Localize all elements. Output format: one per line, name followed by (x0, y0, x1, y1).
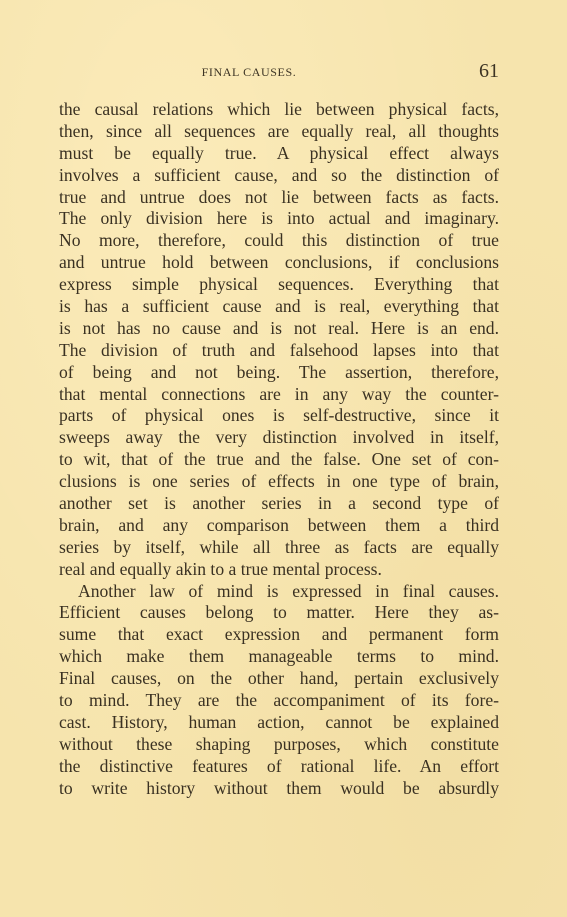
text-line: Efficient causes belong to matter. Here … (59, 602, 499, 624)
text-line: that mental connections are in any way t… (59, 384, 499, 406)
text-line: to mind. They are the accompaniment of i… (59, 690, 499, 712)
book-page: FINAL CAUSES. 61 the causal relations wh… (0, 0, 567, 917)
paragraph-1: the causal relations which lie between p… (59, 99, 499, 581)
running-head: FINAL CAUSES. 61 (59, 62, 499, 84)
text-line: series by itself, while all three as fac… (59, 537, 499, 559)
text-line: sume that exact expression and permanent… (59, 624, 499, 646)
text-line: the causal relations which lie between p… (59, 99, 499, 121)
text-line: brain, and any comparison between them a… (59, 515, 499, 537)
text-line: and untrue hold between conclusions, if … (59, 252, 499, 274)
text-line: cast. History, human action, cannot be e… (59, 712, 499, 734)
text-line: express simple physical sequences. Every… (59, 274, 499, 296)
text-line: to write history without them would be a… (59, 778, 499, 800)
text-line: The only division here is into actual an… (59, 208, 499, 230)
text-line: to wit, that of the true and the false. … (59, 449, 499, 471)
page-number: 61 (479, 60, 499, 83)
body-text: the causal relations which lie between p… (59, 99, 499, 800)
paragraph-2: Another law of mind is expressed in fina… (59, 581, 499, 800)
running-title: FINAL CAUSES. (59, 65, 499, 80)
text-line: is not has no cause and is not real. Her… (59, 318, 499, 340)
text-line: another set is another series in a secon… (59, 493, 499, 515)
text-line: No more, therefore, could this distincti… (59, 230, 499, 252)
text-line: clusions is one series of effects in one… (59, 471, 499, 493)
text-line: without these shaping purposes, which co… (59, 734, 499, 756)
text-line: of being and not being. The assertion, t… (59, 362, 499, 384)
text-line-indented: Another law of mind is expressed in fina… (59, 581, 499, 603)
chapter-title: FINAL CAUSES. (202, 65, 297, 79)
text-line: involves a sufficient cause, and so the … (59, 165, 499, 187)
text-line: true and untrue does not lie between fac… (59, 187, 499, 209)
text-line: then, since all sequences are equally re… (59, 121, 499, 143)
text-line-last: real and equally akin to a true mental p… (59, 559, 499, 581)
text-line: the distinctive features of rational lif… (59, 756, 499, 778)
text-line: must be equally true. A physical effect … (59, 143, 499, 165)
text-line: is has a sufficient cause and is real, e… (59, 296, 499, 318)
text-line: parts of physical ones is self-destructi… (59, 405, 499, 427)
text-line: The division of truth and falsehood laps… (59, 340, 499, 362)
text-line: which make them manageable terms to mind… (59, 646, 499, 668)
text-line: Final causes, on the other hand, pertain… (59, 668, 499, 690)
text-line: sweeps away the very distinction involve… (59, 427, 499, 449)
